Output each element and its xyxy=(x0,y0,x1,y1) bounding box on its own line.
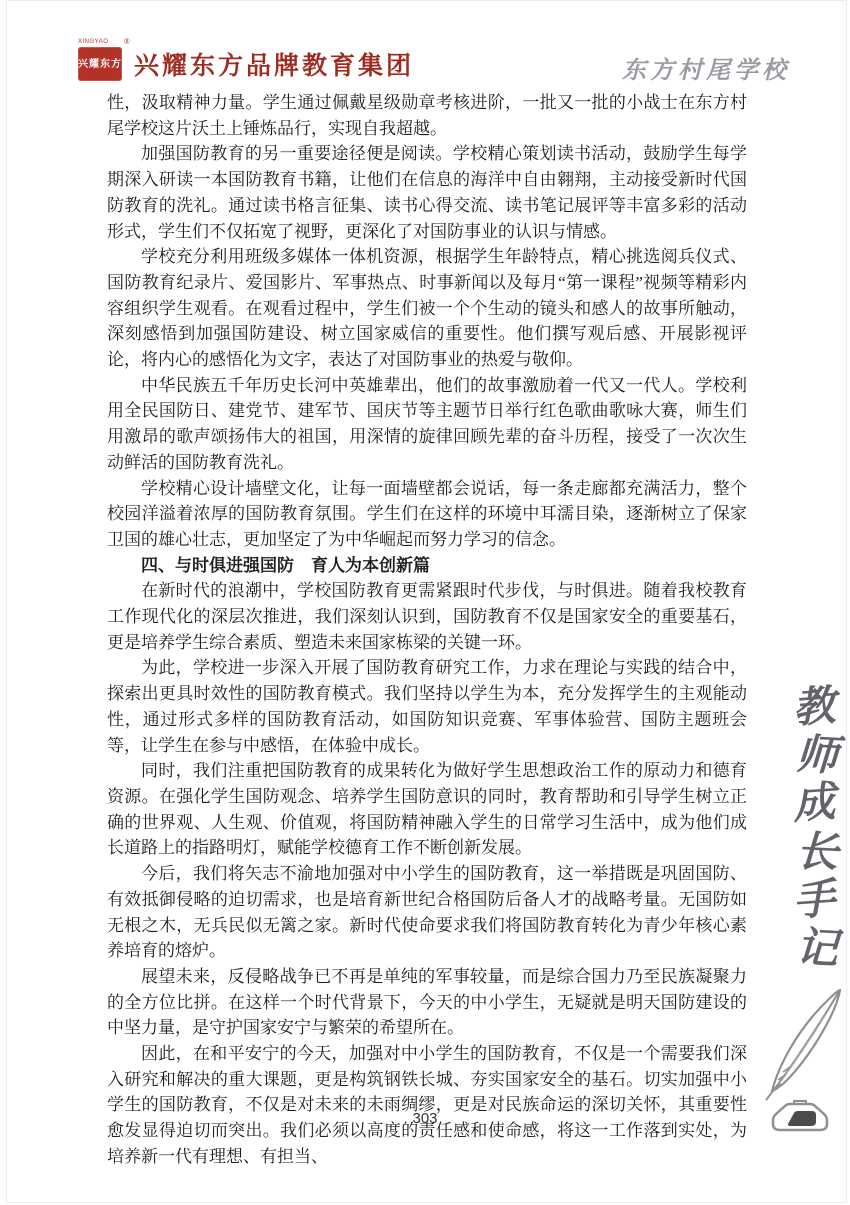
paragraph: 今后，我们将矢志不渝地加强对中小学生的国防教育，这一举措既是巩固国防、有效抵御侵… xyxy=(107,861,747,964)
paragraph: 展望未来，反侵略战争已不再是单纯的军事较量，而是综合国力乃至民族凝聚力的全方位比… xyxy=(107,964,747,1041)
brand-name: 兴耀东方品牌教育集团 xyxy=(134,46,414,82)
calligraphy-char: 成 xyxy=(792,781,837,828)
paragraph: 学校精心设计墙壁文化，让每一面墙壁都会说话，每一条走廊都充满活力，整个校园洋溢着… xyxy=(107,476,747,553)
registered-trademark-icon: ® xyxy=(124,37,130,46)
brand-seal-logo: XINGYAO 兴耀东方 ® xyxy=(78,47,122,81)
paragraph: 因此，在和平安宁的今天，加强对中小学生的国防教育，不仅是一个需要我们深入研究和解… xyxy=(107,1041,747,1170)
brand: XINGYAO 兴耀东方 ® 兴耀东方品牌教育集团 xyxy=(78,46,414,82)
paragraph: 在新时代的浪潮中，学校国防教育更需紧跟时代步伐，与时俱进。随着我校教育工作现代化… xyxy=(107,578,747,655)
paragraph: 同时，我们注重把国防教育的成果转化为做好学生思想政治工作的原动力和德育资源。在强… xyxy=(107,758,747,861)
paragraph: 为此，学校进一步深入开展了国防教育研究工作，力求在理论与实践的结合中，探索出更具… xyxy=(107,655,747,758)
calligraphy-char: 记 xyxy=(795,926,839,972)
paragraph: 加强国防教育的另一重要途径便是阅读。学校精心策划读书活动，鼓励学生每学期深入研读… xyxy=(107,141,747,244)
calligraphy-char: 长 xyxy=(795,830,839,876)
seal-glyphs: 兴耀东方 xyxy=(78,59,122,70)
paragraph: 学校充分利用班级多媒体一体机资源，根据学生年龄特点，精心挑选阅兵仪式、国防教育纪… xyxy=(107,244,747,373)
margin-calligraphy-teacher-growth-notes: 教 师 成 长 手 记 xyxy=(786,686,842,971)
calligraphy-char: 师 xyxy=(795,733,839,779)
seal-top-text: XINGYAO xyxy=(78,39,108,45)
page-header: XINGYAO 兴耀东方 ® 兴耀东方品牌教育集团 东方村尾学校 xyxy=(78,44,790,92)
school-name: 东方村尾学校 xyxy=(622,50,790,85)
calligraphy-char: 手 xyxy=(792,877,837,924)
paragraph-continuation: 性，汲取精神力量。学生通过佩戴星级勋章考核进阶，一批又一批的小战士在东方村尾学校… xyxy=(107,90,747,141)
section-heading: 四、与时俱进强国防 育人为本创新篇 xyxy=(107,553,747,579)
page-number: 303 xyxy=(0,1110,850,1127)
calligraphy-char: 教 xyxy=(792,685,837,732)
document-body: 性，汲取精神力量。学生通过佩戴星级勋章考核进阶，一批又一批的小战士在东方村尾学校… xyxy=(107,90,747,1170)
paragraph: 中华民族五千年历史长河中英雄辈出，他们的故事激励着一代又一代人。学校利用全民国防… xyxy=(107,373,747,476)
